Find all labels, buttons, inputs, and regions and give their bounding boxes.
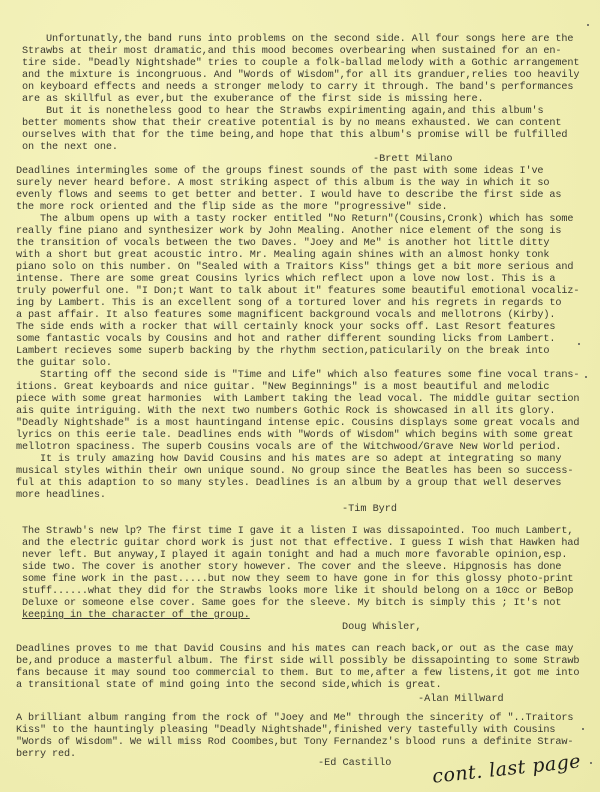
text-line: fans because it may sound too commercial… [16,668,579,680]
text-line: ais quite intriguing. With the next two … [16,406,555,418]
text-line: a transitional state of mind going into … [16,680,442,692]
text-line: ful at this adaption to so many styles. … [16,478,561,490]
text-line: Unfortunatly,the band runs into problems… [22,34,573,46]
text-line: are as skillful as ever,but the exuberan… [22,94,484,106]
text-line: ing by Lambert. This is an excellent son… [16,298,561,310]
text-line: Starting off the second side is "Time an… [16,370,579,382]
text-line: Deluxe or someone else cover. Same goes … [22,598,561,610]
paper-speck [585,376,587,378]
handwritten-note: cont. last page [431,750,582,787]
text-line-underlined: keeping in the character of the group. [22,610,250,622]
text-line: evenly flows and seems to get better and… [16,190,561,202]
text-line: ourselves with that for the time being,a… [22,130,567,142]
text-line: surely never heard before. A most striki… [16,178,549,190]
text-line: But it is nonetheless good to hear the S… [22,106,543,118]
text-line: some fantastic vocals by Cousins and hot… [16,334,555,346]
text-line: on the next one. [22,142,118,154]
text-line: Deadlines intermingles some of the group… [16,166,543,178]
text-line: Lambert recieves some superb backing by … [16,346,549,358]
text-line: intense. There are some great Cousins ly… [16,274,555,286]
text-line: the more rock oriented and the flip side… [16,202,448,214]
text-line: the transition of vocals between the two… [16,238,549,250]
text-line: never left. But anyway,I played it again… [22,550,567,562]
text-line: stuff......what they did for the Strawbs… [22,586,573,598]
text-line: mellotron spaciness. The superb Cousins … [16,442,561,454]
text-line: the guitar solo. [16,358,112,370]
text-line: The side ends with a rocker that will ce… [16,322,555,334]
text-line: side two. The cover is another story how… [22,562,561,574]
text-line: itions. Great keyboards and nice guitar.… [16,382,549,394]
signature-byrd: -Tim Byrd [342,504,397,516]
text-line: piano solo on this number. On "Sealed wi… [16,262,573,274]
paper-speck [590,762,592,764]
text-line: and the electric guitar chord work is ju… [22,538,579,550]
text-line: really fine piano and synthesizer work b… [16,226,561,238]
text-line: on keyboard effects and needs a stronger… [22,82,573,94]
typewritten-page: Unfortunatly,the band runs into problems… [0,0,600,792]
text-line: It is truly amazing how David Cousins an… [16,454,561,466]
text-line: tire side. "Deadly Nightshade" tries to … [22,58,579,70]
signature-milano: -Brett Milano [373,154,452,166]
text-line: some fine work in the past.....but now t… [22,574,573,586]
text-line: "Words of Wisdom". We will miss Rod Coom… [16,737,573,749]
text-line: "Deadly Nightshade" is a most hauntingan… [16,418,579,430]
text-line: piece with some great harmonies with Lam… [16,394,579,406]
text-line: A brilliant album ranging from the rock … [16,713,573,725]
text-line: with a short but great acoustic intro. M… [16,250,549,262]
text-line: a past affair. It also features some mag… [16,310,555,322]
text-line: truly powerful one. "I Don;t Want to tal… [16,286,579,298]
text-line: Kiss" to the hauntingly pleasing "Deadly… [16,725,555,737]
text-line: berry red. [16,749,76,761]
text-line: Strawbs at their most dramatic,and this … [22,46,561,58]
paper-speck [578,343,580,345]
text-line: better moments show that their creative … [22,118,561,130]
text-line: musical styles within their own unique s… [16,466,573,478]
signature-whisler: Doug Whisler, [342,622,421,634]
signature-millward: -Alan Millward [418,694,504,706]
text-line: lyrics on this eerie tale. Deadlines end… [16,430,573,442]
signature-castillo: -Ed Castillo [318,758,391,770]
text-line: The album opens up with a tasty rocker e… [16,214,573,226]
text-line: and the mixture is incongruous. And "Wor… [22,70,579,82]
paper-speck [582,728,584,730]
text-line: be,and produce a masterful album. The fi… [16,656,579,668]
text-line: The Strawb's new lp? The first time I ga… [22,526,573,538]
text-line: more headlines. [16,490,106,502]
paper-speck [587,24,589,26]
text-line: Deadlines proves to me that David Cousin… [16,644,573,656]
